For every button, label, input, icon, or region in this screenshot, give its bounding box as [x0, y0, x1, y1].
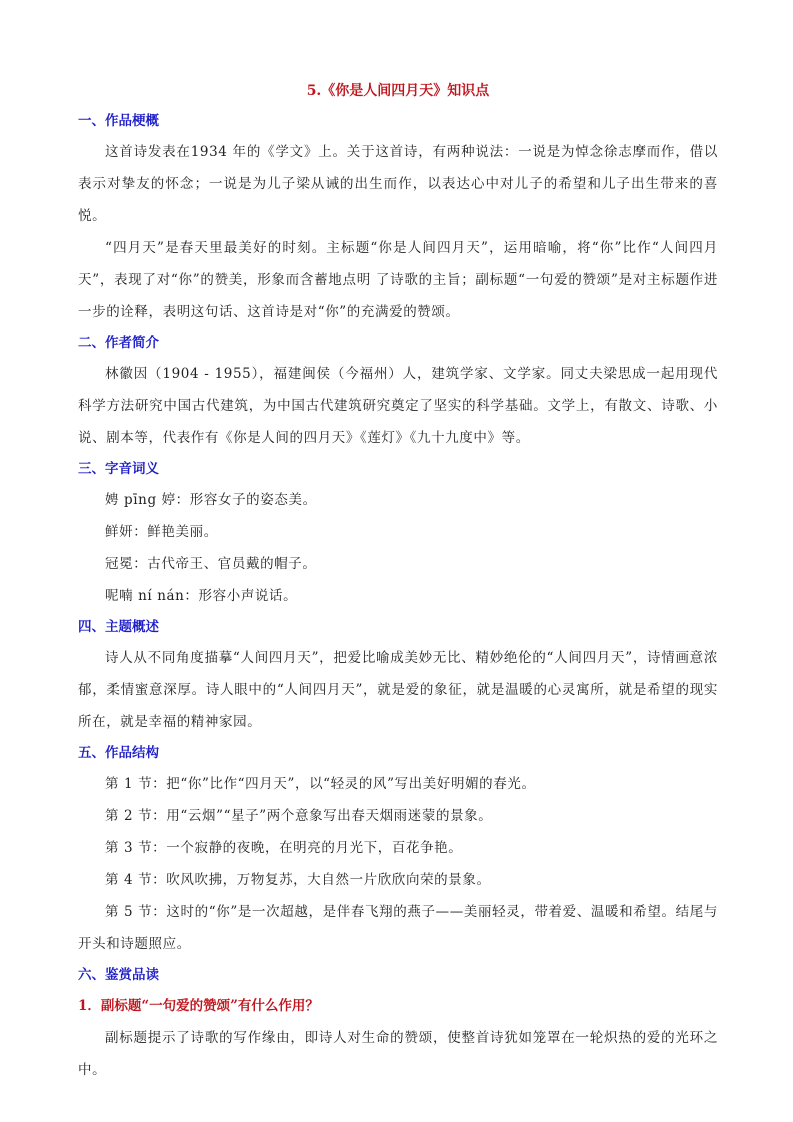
question-heading: 1．副标题“一句爱的赞颂”有什么作用？	[78, 990, 718, 1022]
structure-item: 第 2 节：用“云烟”“星子”两个意象写出春天烟雨迷蒙的景象。	[78, 800, 718, 832]
vocab-item: 鲜妍：鲜艳美丽。	[78, 516, 718, 548]
paragraph: 这首诗发表在1934 年的《学文》上。关于这首诗，有两种说法：一说是为悼念徐志摩…	[78, 136, 718, 232]
section-heading-vocabulary: 三、字音词义	[78, 454, 718, 484]
page-title: 5.《你是人间四月天》知识点	[78, 78, 718, 104]
structure-item: 第 3 节：一个寂静的夜晚，在明亮的月光下，百花争艳。	[78, 832, 718, 864]
structure-item: 第 5 节：这时的“你”是一次超越，是伴春飞翔的燕子——美丽轻灵，带着爱、温暖和…	[78, 896, 718, 960]
structure-item: 第 4 节：吹风吹拂，万物复苏，大自然一片欣欣向荣的景象。	[78, 864, 718, 896]
section-heading-appreciation: 六、鉴赏品读	[78, 960, 718, 990]
vocab-item: 呢喃 ní nán：形容小声说话。	[78, 580, 718, 612]
vocab-item: 冠冕：古代帝王、官员戴的帽子。	[78, 548, 718, 580]
answer-paragraph: 副标题提示了诗歌的写作缘由，即诗人对生命的赞颂，使整首诗犹如笼罩在一轮炽热的爱的…	[78, 1022, 718, 1086]
structure-item: 第 1 节：把“你”比作“四月天”，以“轻灵的风”写出美好明媚的春光。	[78, 768, 718, 800]
section-heading-structure: 五、作品结构	[78, 738, 718, 768]
paragraph: 林徽因（1904 - 1955），福建闽侯（今福州）人，建筑学家、文学家。同丈夫…	[78, 358, 718, 454]
section-heading-author: 二、作者简介	[78, 328, 718, 358]
section-heading-summary: 一、作品梗概	[78, 106, 718, 136]
vocab-item: 娉 pīng 婷：形容女子的姿态美。	[78, 484, 718, 516]
section-heading-theme: 四、主题概述	[78, 612, 718, 642]
document-page: 5.《你是人间四月天》知识点 一、作品梗概 这首诗发表在1934 年的《学文》上…	[78, 78, 718, 1086]
paragraph: “四月天”是春天里最美好的时刻。主标题“你是人间四月天”，运用暗喻，将“你”比作…	[78, 232, 718, 328]
paragraph: 诗人从不同角度描摹“人间四月天”，把爱比喻成美妙无比、精妙绝伦的“人间四月天”，…	[78, 642, 718, 738]
